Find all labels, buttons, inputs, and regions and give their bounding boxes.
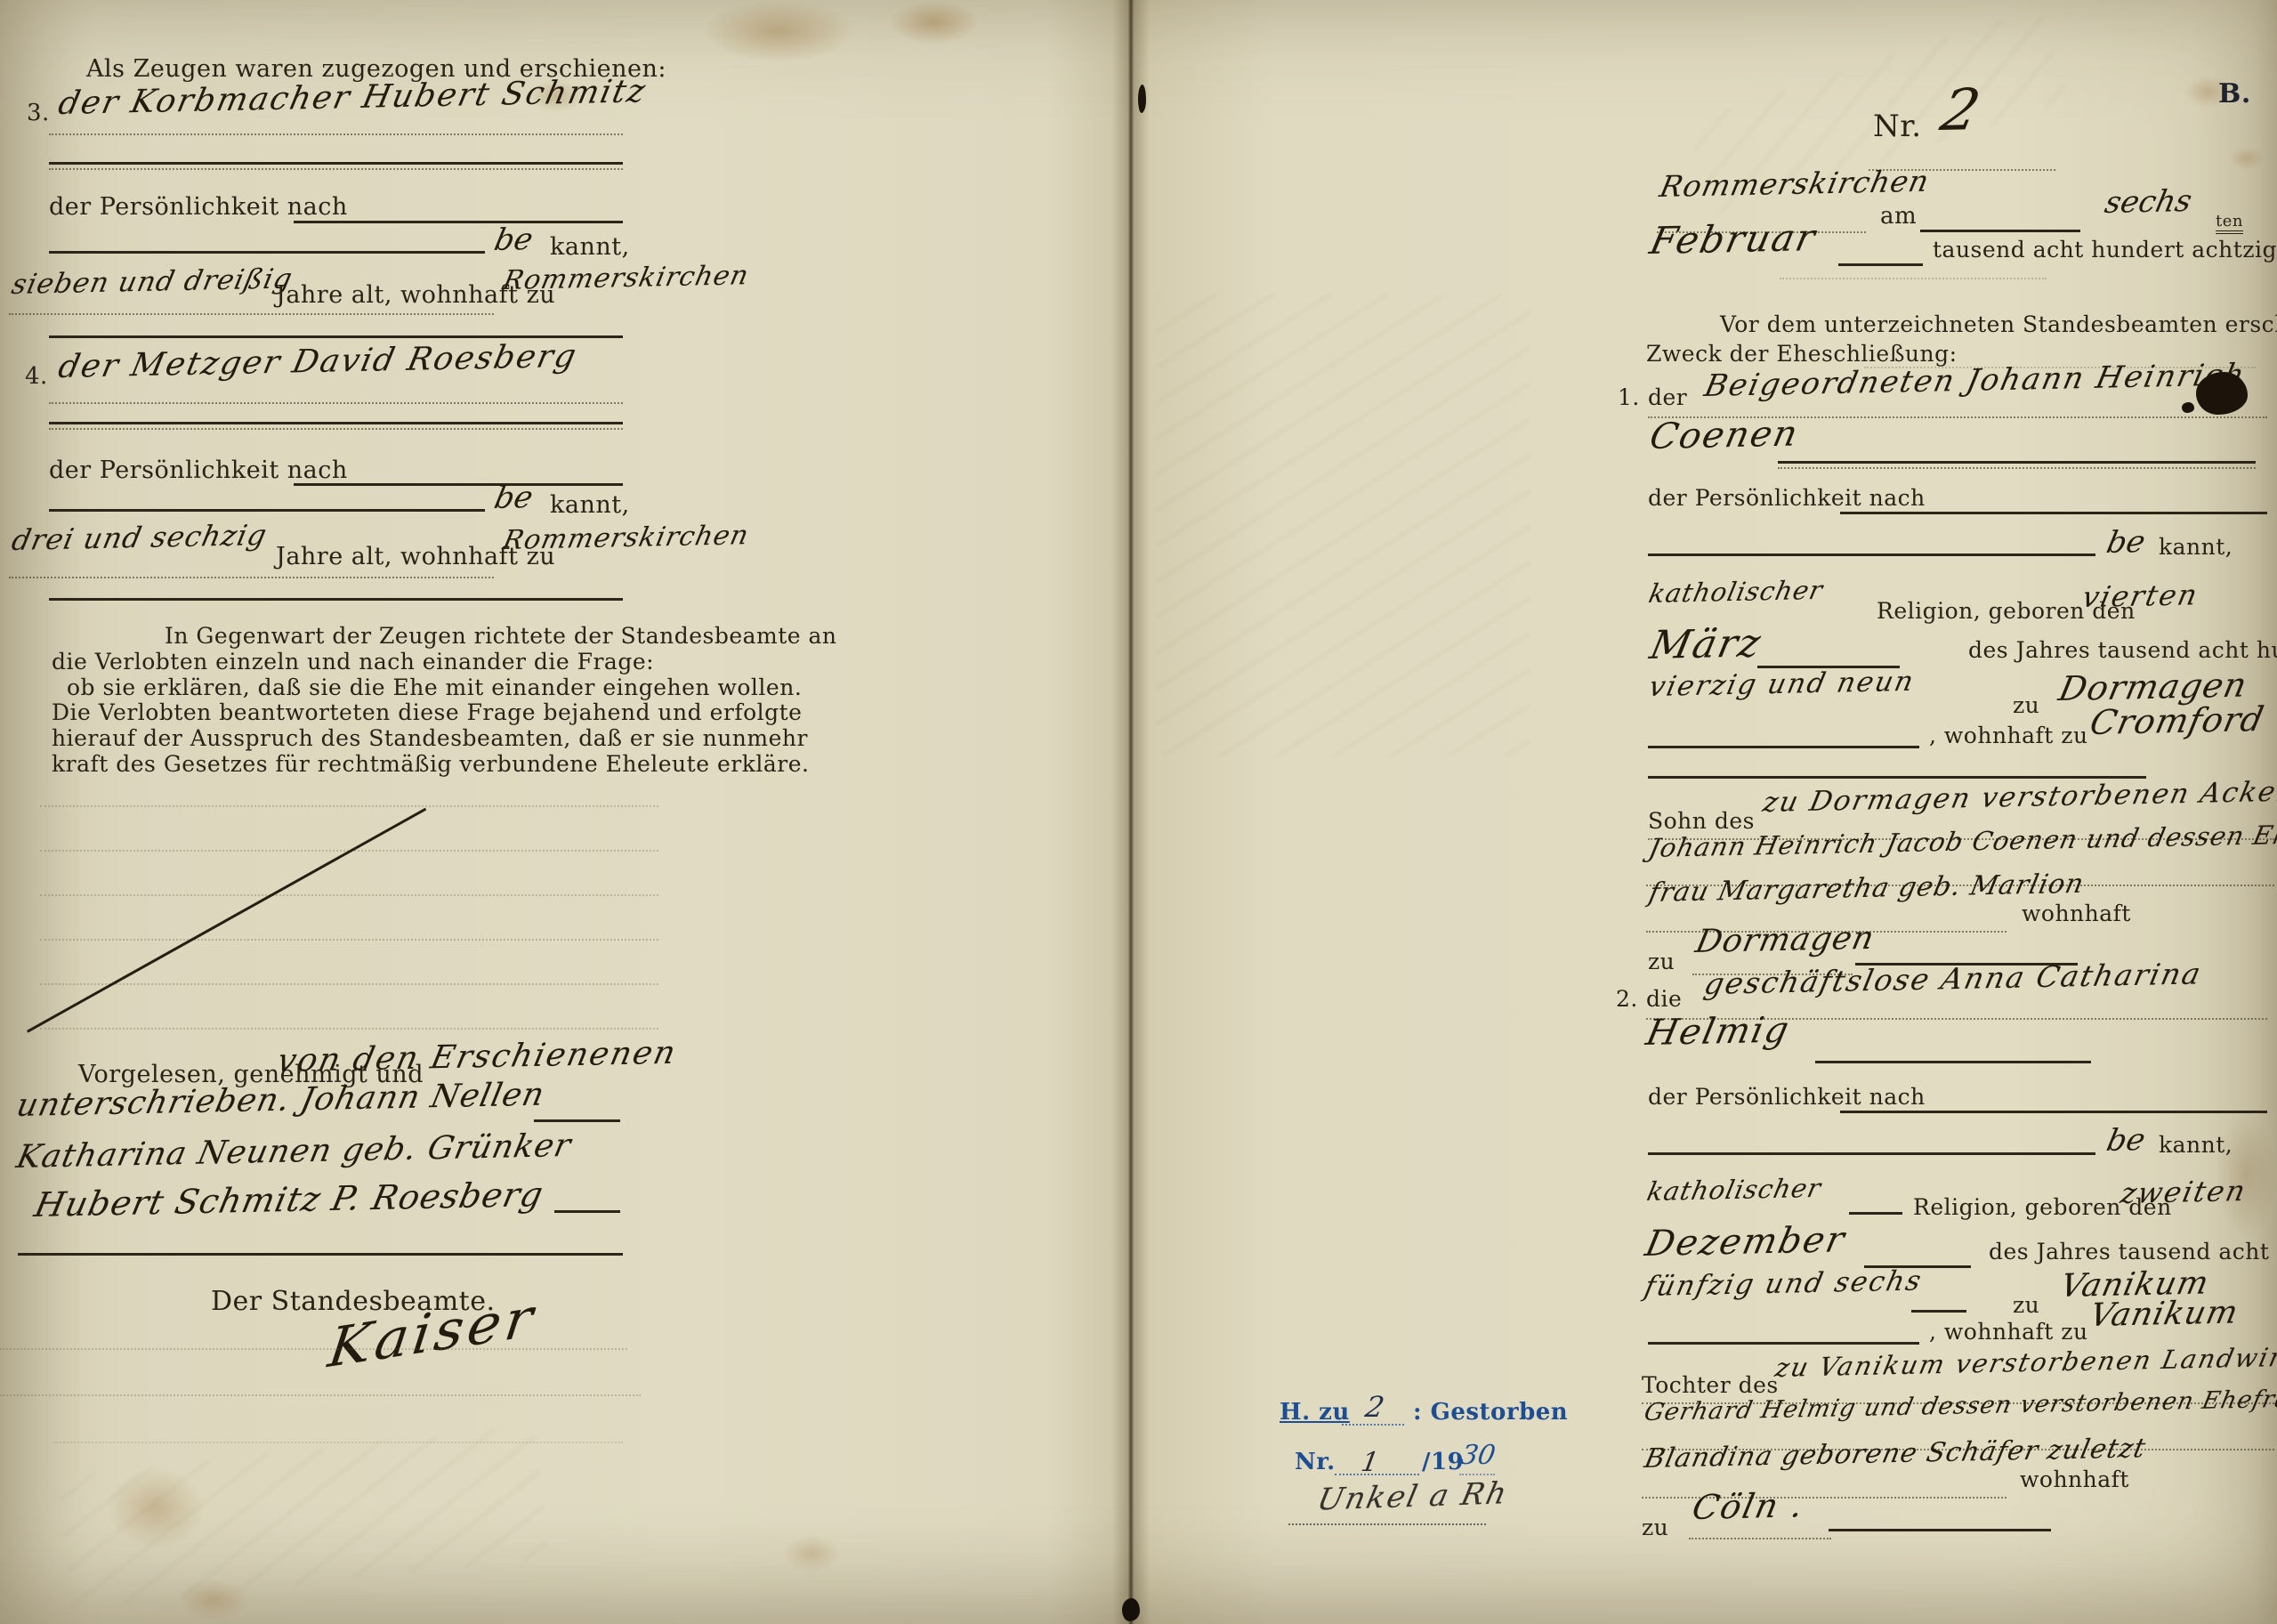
bride-year-label: des Jahres tausend acht hundert: [1989, 1239, 2277, 1264]
witness4-persoenlichkeit-label: der Persönlichkeit nach: [49, 456, 348, 484]
groom-zu-label: zu: [2013, 692, 2039, 718]
paper-stain: [2229, 147, 2265, 170]
ruled-line: [1911, 1310, 1966, 1313]
record-number-handwritten: 2: [1935, 77, 1985, 144]
spine-ink-mark: [1122, 1598, 1140, 1621]
ruled-line: [1778, 461, 2256, 464]
ruled-line: [1342, 1424, 1404, 1426]
ruled-line: [49, 402, 623, 404]
bride-zu2-label: zu: [1642, 1515, 1668, 1540]
groom-birth-day-handwritten: vierten: [2079, 578, 2202, 614]
bride-parents-residence-handwritten: Cöln .: [1689, 1485, 1809, 1527]
ruled-line: [1780, 278, 2047, 279]
date-place-handwritten: Rommerskirchen: [1657, 164, 1933, 204]
paper-stain: [890, 0, 979, 44]
ruled-line: [53, 1442, 623, 1443]
declaration-line: kraft des Gesetzes für rechtmäßig verbun…: [52, 751, 809, 777]
groom-surname-handwritten: Coenen: [1646, 414, 1803, 457]
paper-stain: [178, 1580, 249, 1620]
witness3-age-handwritten: sieben und dreißig: [9, 263, 295, 301]
paper-stain: [107, 1468, 205, 1548]
date-day-handwritten: sechs: [2102, 183, 2195, 221]
groom-year-label: des Jahres tausend acht hundert: [1968, 637, 2277, 663]
ruled-line: [294, 483, 623, 486]
declaration-line: die Verlobten einzeln und nach einander …: [52, 649, 654, 675]
ink-showthrough: [57, 1426, 549, 1609]
bride-religion-handwritten: katholischer: [1644, 1173, 1824, 1207]
stamp-nr-label: Nr.: [1295, 1449, 1336, 1475]
groom-parent-label: Sohn des: [1648, 808, 1755, 834]
witness3-be-handwritten: be: [491, 222, 536, 258]
ruled-line: [49, 428, 623, 430]
ruled-line: [9, 313, 494, 315]
ruled-line: [40, 894, 658, 896]
groom-persoenlichkeit-label: der Persönlichkeit nach: [1648, 485, 1926, 511]
stamp-year-prefix-label: /19: [1422, 1449, 1464, 1475]
ink-showthrough: [1157, 294, 1530, 756]
ruled-line: [0, 1348, 627, 1350]
ruled-line: [1838, 263, 1923, 266]
ruled-line: [1335, 1474, 1419, 1475]
groom-zu2-label: zu: [1648, 949, 1675, 974]
stamp-reference-handwritten: 2: [1363, 1390, 1387, 1424]
ruled-line: [0, 1394, 641, 1396]
ruled-line: [40, 805, 658, 807]
ruled-line: [1849, 1212, 1902, 1215]
bride-surname-handwritten: Helmig: [1643, 1010, 1794, 1054]
witness4-age-handwritten: drei und sechzig: [9, 518, 270, 557]
declaration-line: In Gegenwart der Zeugen richtete der Sta…: [165, 623, 837, 649]
bride-birth-day-handwritten: zweiten: [2118, 1174, 2249, 1210]
witness4-residence-handwritten: Rommerskirchen: [500, 520, 752, 556]
ink-blot: [2182, 402, 2194, 413]
ruled-line: [294, 221, 623, 223]
ruled-line: [554, 1210, 620, 1213]
ruled-line: [1920, 230, 2080, 232]
paper-stain: [783, 1535, 840, 1572]
bride-birth-year-handwritten: fünfzig und sechs: [1642, 1265, 1926, 1303]
groom-wohnhaft2-label: wohnhaft: [2022, 901, 2131, 926]
bride-residence-handwritten: Vanikum: [2087, 1295, 2241, 1334]
ruled-line: [1648, 776, 2146, 779]
bride-article: die: [1646, 986, 1682, 1012]
declaration-line: ob sie erklären, daß sie die Ehe mit ein…: [67, 675, 802, 700]
intro-line1: Vor dem unterzeichneten Standesbeamten e…: [1720, 311, 2277, 337]
witness3-number: 3.: [27, 100, 50, 126]
date-month-handwritten: Februar: [1646, 215, 1821, 263]
groom-birth-month-handwritten: März: [1646, 620, 1766, 668]
declaration-line: Die Verlobten beantworteten diese Frage …: [52, 699, 802, 725]
bride-kannt-label: kannt,: [2159, 1132, 2233, 1158]
ruled-line: [534, 1119, 620, 1122]
ruled-line: [49, 133, 623, 135]
ink-blot: [2196, 372, 2248, 415]
declaration-line: hierauf der Ausspruch des Standesbeamten…: [52, 725, 808, 751]
date-ten-label: ten: [2216, 212, 2243, 234]
bride-zu-label: zu: [2013, 1292, 2039, 1318]
stamp-gestorben-label: : Gestorben: [1413, 1399, 1568, 1426]
signature-line3-handwritten: Hubert Schmitz P. Roesberg: [31, 1175, 547, 1224]
witness3-kannt-label: kannt,: [550, 233, 630, 261]
groom-religion-handwritten: katholischer: [1646, 575, 1826, 609]
register-spread: Als Zeugen waren zugezogen und erschiene…: [0, 0, 2277, 1624]
bride-birth-month-handwritten: Dezember: [1642, 1219, 1850, 1264]
ruled-line: [1648, 553, 2095, 556]
record-number-label: Nr.: [1873, 109, 1922, 144]
ruled-line: [1840, 512, 2267, 514]
bride-parent-label: Tochter des: [1642, 1372, 1779, 1398]
bride-be-handwritten: be: [2103, 1122, 2148, 1159]
spine-ink-mark: [1138, 85, 1146, 113]
bride-wohnhaft-label: , wohnhaft zu: [1929, 1319, 2088, 1345]
date-year-label: tausend acht hundert achtzig und zwei.: [1933, 237, 2277, 263]
groom-parents-line1-handwritten: zu Dormagen verstorbenen Ackerer: [1760, 775, 2277, 819]
witness3-persoenlichkeit-label: der Persönlichkeit nach: [49, 193, 348, 221]
ruled-line: [49, 168, 623, 170]
groom-parents-residence-handwritten: Dormagen: [1692, 920, 1877, 960]
ruled-line: [40, 1028, 658, 1030]
stamp-place-signature-handwritten: Unkel a Rh: [1314, 1475, 1512, 1517]
witness4-be-handwritten: be: [491, 480, 536, 516]
date-am-label: am: [1880, 203, 1917, 230]
groom-number: 1.: [1618, 384, 1640, 410]
ruled-line: [1648, 746, 1919, 748]
groom-article: der: [1648, 384, 1687, 410]
groom-be-handwritten: be: [2103, 524, 2148, 561]
closing-handwritten-addition: von den Erschienenen: [274, 1035, 681, 1079]
groom-birth-year-handwritten: vierzig und neun: [1646, 666, 1918, 703]
ruled-line: [49, 422, 623, 424]
bride-wohnhaft2-label: wohnhaft: [2020, 1466, 2129, 1492]
corner-mark: B.: [2218, 78, 2251, 109]
ruled-line: [40, 939, 658, 941]
ruled-line: [49, 509, 485, 512]
intro-line2: Zweck der Eheschließung:: [1646, 341, 1958, 367]
stamp-h-zu-label: H. zu: [1280, 1399, 1350, 1426]
signature-line2-handwritten: Katharina Neunen geb. Grünker: [13, 1127, 575, 1176]
groom-wohnhaft-label: , wohnhaft zu: [1929, 723, 2088, 748]
witness4-kannt-label: kannt,: [550, 491, 630, 519]
ruled-line: [1815, 1061, 2091, 1063]
ruled-line: [1648, 1342, 1919, 1345]
bride-title-handwritten: geschäftslose Anna Catharina: [1701, 956, 2205, 1001]
ruled-line: [1840, 1111, 2267, 1113]
ruled-line: [1829, 1529, 2051, 1531]
ruled-line: [9, 577, 494, 578]
bride-persoenlichkeit-label: der Persönlichkeit nach: [1648, 1084, 1926, 1110]
witness4-number: 4.: [25, 363, 48, 390]
witness4-name-handwritten: der Metzger David Roesberg: [55, 338, 581, 385]
ruled-line: [1648, 1152, 2095, 1155]
ruled-line: [1288, 1523, 1486, 1525]
ruled-line: [49, 162, 623, 165]
bride-parents-line1-handwritten: zu Vanikum verstorbenen Landwirthen: [1772, 1341, 2277, 1383]
ruled-line: [1459, 1474, 1495, 1475]
groom-kannt-label: kannt,: [2159, 534, 2233, 560]
stamp-year-handwritten: 30: [1458, 1440, 1498, 1471]
ruled-line: [1689, 1538, 1831, 1539]
witness3-residence-handwritten: Rommerskirchen: [500, 260, 752, 296]
ruled-line: [1778, 467, 2256, 469]
cancellation-stroke: [27, 808, 426, 1033]
paper-stain: [703, 0, 854, 62]
ruled-line: [18, 1253, 623, 1256]
ruled-line: [49, 598, 623, 601]
groom-residence-handwritten: Cromford: [2087, 699, 2268, 742]
ruled-line: [49, 251, 485, 254]
ruled-line: [40, 983, 658, 985]
bride-number: 2.: [1616, 986, 1638, 1012]
ruled-line: [49, 335, 623, 338]
book-spine-fold: [1112, 0, 1150, 1624]
